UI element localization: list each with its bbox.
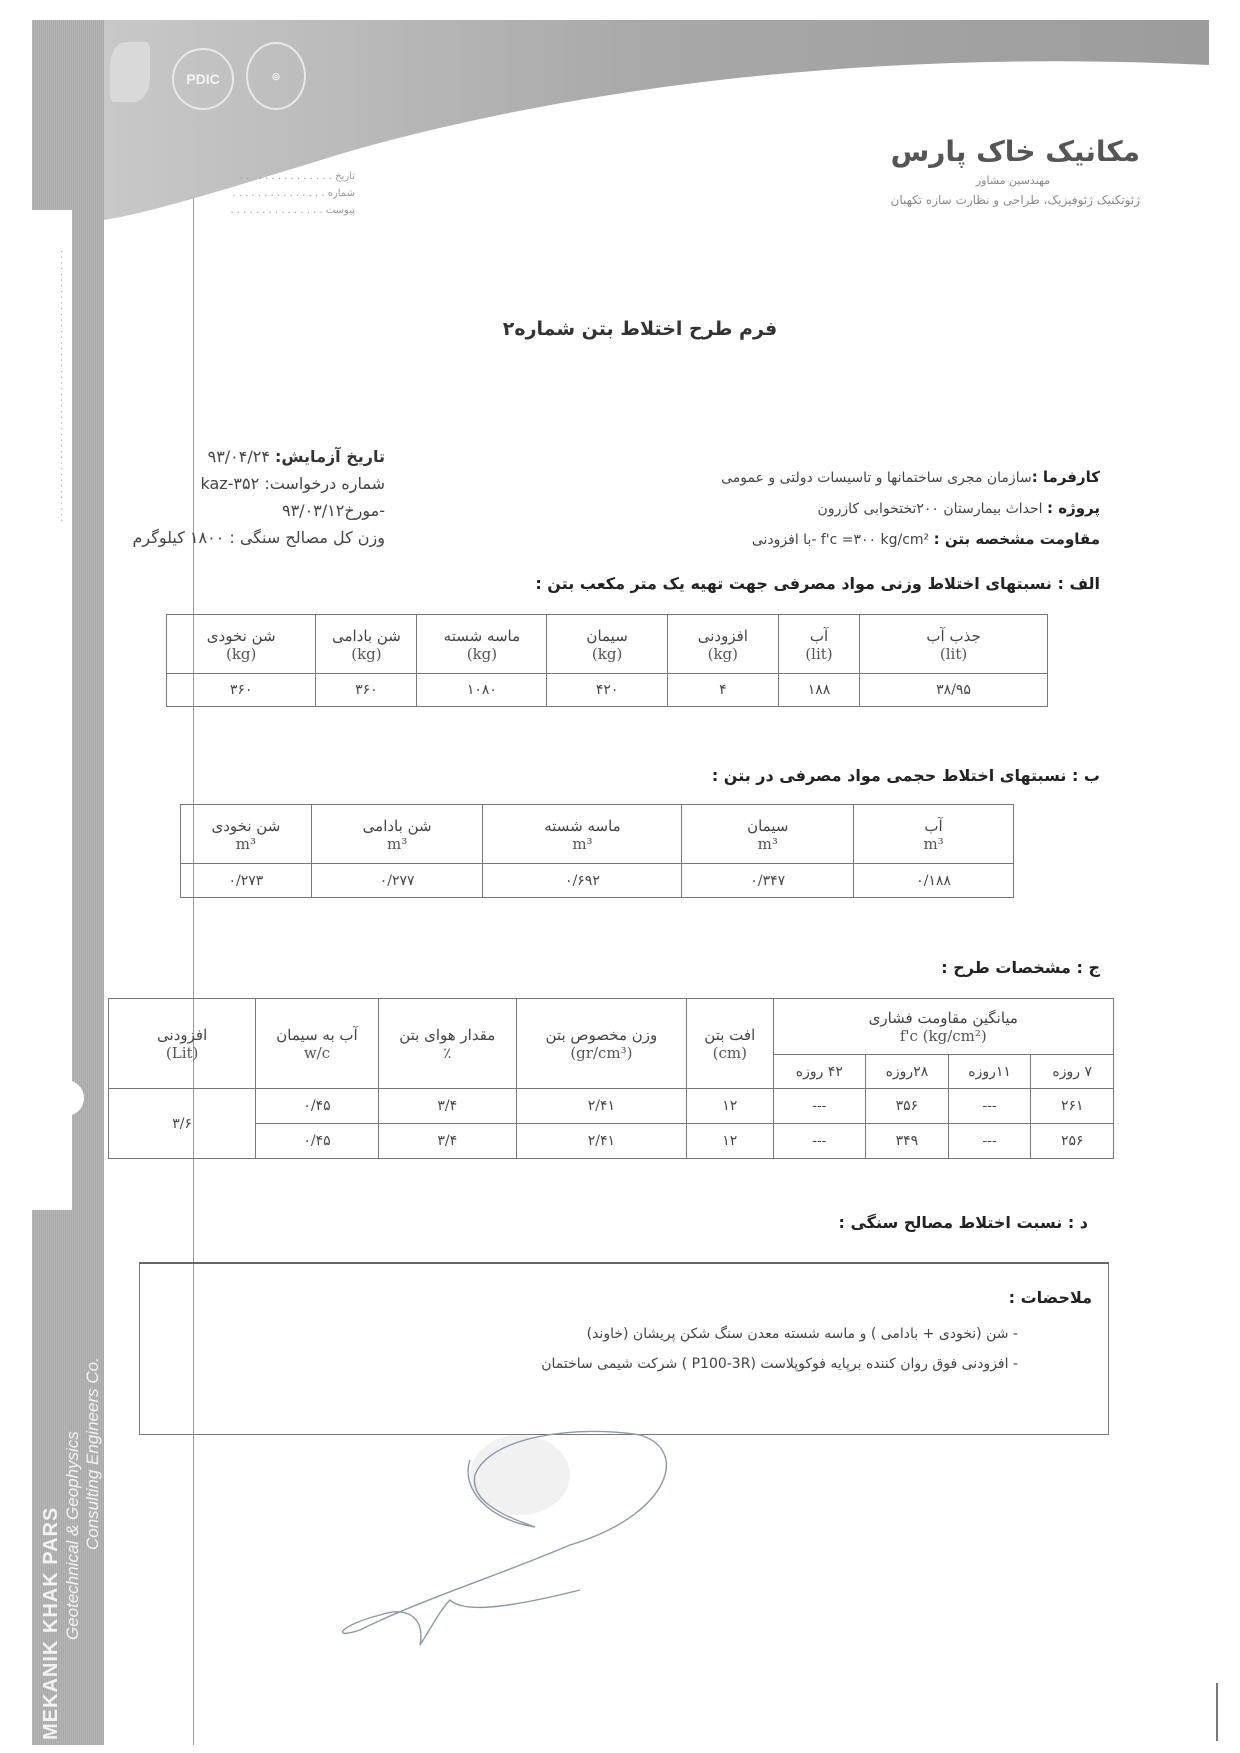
test-date-label: تاریخ آزمایش: <box>275 447 385 466</box>
section-b-heading: ب : نسبتهای اختلاط حجمی مواد مصرفی در بت… <box>712 766 1100 785</box>
cell: ۳/۴ <box>378 1124 516 1159</box>
company-logo-icon <box>110 42 150 102</box>
age-28-header: ۲۸روزه <box>866 1055 949 1089</box>
section-a-heading: الف : نسبتهای اختلاط وزنی مواد مصرفی جهت… <box>535 574 1100 593</box>
note-item: - افزودنی فوق روان کننده برپایه فوکوپلاس… <box>140 1349 1018 1379</box>
reference-fields: تاریخ . . . . . . . . . . . . . . . شمار… <box>155 168 355 219</box>
association-logo-icon: ◎ <box>246 42 306 110</box>
test-meta: تاریخ آزمایش: ۹۳/۰۴/۲۴ شماره درخواست: ka… <box>95 443 385 551</box>
cell: ۳/۴ <box>378 1089 516 1124</box>
form-title: فرم طرح اختلاط بتن شماره۲ <box>0 318 1240 340</box>
col-header: آب(lit) <box>778 615 859 674</box>
admixture-value: ۳/۶ <box>109 1089 256 1159</box>
col-header: شن بادامیm³ <box>311 805 483 864</box>
ref-number-label: شماره . . . . . . . . . . . . . . . <box>155 185 355 202</box>
col-header: سیمانm³ <box>682 805 854 864</box>
cell: ۰/۲۷۳ <box>181 864 312 898</box>
section-d-heading: د : نسبت اختلاط مصالح سنگی : <box>839 1213 1088 1232</box>
cell: ۰/۶۹۲ <box>483 864 682 898</box>
cell: ۰/۳۴۷ <box>682 864 854 898</box>
pdic-logo-icon: PDIC <box>172 48 234 110</box>
ref-date-label: تاریخ . . . . . . . . . . . . . . . <box>155 168 355 185</box>
cell: ۰/۲۷۷ <box>311 864 483 898</box>
strength-label: مقاومت مشخصه بتن : <box>934 530 1100 548</box>
strength-value: f'c =۳۰۰ kg/cm² -با افزودنی <box>752 532 929 548</box>
client-value: سازمان مجری ساختمانها و تاسیسات دولتی و … <box>721 470 1032 486</box>
col-header: آبm³ <box>854 805 1014 864</box>
cell: ۳۶۰ <box>167 674 316 707</box>
cell: ۱۲ <box>686 1124 773 1159</box>
table-header-row: آبm³ سیمانm³ ماسه شستهm³ شن بادامیm³ شن … <box>181 805 1014 864</box>
section-c-heading: ج : مشخصات طرح : <box>941 958 1100 977</box>
cell: ۴۲۰ <box>547 674 667 707</box>
punch-hole <box>48 1080 84 1116</box>
signature-icon <box>320 1415 700 1655</box>
table-row: ۲۶۱ --- ۳۵۶ --- ۱۲ ۲/۴۱ ۳/۴ ۰/۴۵ ۳/۶ <box>109 1089 1114 1124</box>
wc-ratio-header: آب به سیمانw/c <box>256 999 378 1089</box>
cell: ۲۵۶ <box>1031 1124 1114 1159</box>
project-label: پروژه : <box>1047 499 1100 517</box>
side-address-text: . . . . . . . . . . . . . . . . . . . . … <box>40 250 70 1050</box>
cell: ۱۰۸۰ <box>417 674 547 707</box>
cell: ۰/۱۸۸ <box>854 864 1014 898</box>
cell: --- <box>773 1124 865 1159</box>
cell: ۳۵۶ <box>866 1089 949 1124</box>
company-name: مکانیک خاک پارس <box>891 135 1140 168</box>
col-header: ماسه شسته(kg) <box>417 615 547 674</box>
age-7-header: ۷ روزه <box>1031 1055 1114 1089</box>
test-date-value: ۹۳/۰۴/۲۴ <box>208 447 270 466</box>
cell: ۳۸/۹۵ <box>860 674 1048 707</box>
table-row: ۳۸/۹۵ ۱۸۸ ۴ ۴۲۰ ۱۰۸۰ ۳۶۰ ۳۶۰ <box>167 674 1048 707</box>
table-header-row: جذب آب(lit) آب(lit) افزودنی(kg) سیمان(kg… <box>167 615 1048 674</box>
notes-box: ملاحضات : - شن (نخودی + بادامی ) و ماسه … <box>139 1262 1109 1435</box>
col-header: افزودنی(kg) <box>667 615 778 674</box>
col-header: شن بادامی(kg) <box>316 615 417 674</box>
cell: ۱۸۸ <box>778 674 859 707</box>
table-row: ۰/۱۸۸ ۰/۳۴۷ ۰/۶۹۲ ۰/۲۷۷ ۰/۲۷۳ <box>181 864 1014 898</box>
company-subtitle-1: مهندسین مشاور <box>891 174 1050 187</box>
col-header: جذب آب(lit) <box>860 615 1048 674</box>
band-line-2: Geotechnical & Geophysics <box>63 1357 83 1740</box>
col-header: شن نخودیm³ <box>181 805 312 864</box>
project-meta: کارفرما :سازمان مجری ساختمانها و تاسیسات… <box>540 462 1100 555</box>
cell: ۲۶۱ <box>1031 1089 1114 1124</box>
table-header-row: میانگین مقاومت فشاریf'c (kg/cm²) افت بتن… <box>109 999 1114 1055</box>
strength-group-header: میانگین مقاومت فشاریf'c (kg/cm²) <box>773 999 1113 1055</box>
ref-attachment-label: پیوست . . . . . . . . . . . . . . . <box>155 202 355 219</box>
table-row: ۲۵۶ --- ۳۴۹ --- ۱۲ ۲/۴۱ ۳/۴ ۰/۴۵ <box>109 1124 1114 1159</box>
cell: ۳۴۹ <box>866 1124 949 1159</box>
slump-header: افت بتن(cm) <box>686 999 773 1089</box>
cell: ۳۶۰ <box>316 674 417 707</box>
cell: ۴ <box>667 674 778 707</box>
volume-mix-table: آبm³ سیمانm³ ماسه شستهm³ شن بادامیm³ شن … <box>180 804 1014 898</box>
col-header: سیمان(kg) <box>547 615 667 674</box>
cell: --- <box>948 1124 1031 1159</box>
band-line-3: Consulting Engineers Co. <box>83 1357 103 1740</box>
company-subtitle-2: ژئوتکنیک ژئوفیزیک، طراحی و نظارت سازه تک… <box>891 193 1140 207</box>
project-value: احداث بیمارستان ۲۰۰تختخوابی کازرون <box>818 501 1043 517</box>
col-header: شن نخودی(kg) <box>167 615 316 674</box>
aggregate-weight-value: ۱۸۰۰ کیلوگرم <box>132 528 224 547</box>
cell: ۰/۴۵ <box>256 1124 378 1159</box>
cell: ۲/۴۱ <box>516 1124 686 1159</box>
col-header: ماسه شستهm³ <box>483 805 682 864</box>
band-line-1: MEKANIK KHAK PARS <box>40 1357 63 1740</box>
age-11-header: ۱۱روزه <box>948 1055 1031 1089</box>
cell: ۱۲ <box>686 1089 773 1124</box>
request-number-label: شماره درخواست: <box>264 474 385 493</box>
aggregate-weight-label: وزن کل مصالح سنگی : <box>229 528 385 547</box>
density-header: وزن مخصوص بتن(gr/cm³) <box>516 999 686 1089</box>
weight-mix-table: جذب آب(lit) آب(lit) افزودنی(kg) سیمان(kg… <box>166 614 1048 707</box>
air-content-header: مقدار هوای بتن٪ <box>378 999 516 1089</box>
cell: --- <box>773 1089 865 1124</box>
cell: --- <box>948 1089 1031 1124</box>
company-block: مکانیک خاک پارس مهندسین مشاور ژئوتکنیک ژ… <box>891 135 1140 207</box>
notes-title: ملاحضات : <box>140 1288 1092 1307</box>
margin-mark <box>1216 1683 1218 1741</box>
client-label: کارفرما : <box>1032 468 1100 486</box>
company-english-name: MEKANIK KHAK PARS Geotechnical & Geophys… <box>40 1357 103 1740</box>
cell: ۲/۴۱ <box>516 1089 686 1124</box>
note-item: - شن (نخودی + بادامی ) و ماسه شسته معدن … <box>140 1319 1018 1349</box>
design-specs-table: میانگین مقاومت فشاریf'c (kg/cm²) افت بتن… <box>108 998 1114 1159</box>
cell: ۰/۴۵ <box>256 1089 378 1124</box>
admixture-header: افزودنی(Lit) <box>109 999 256 1089</box>
age-42-header: ۴۲ روزه <box>773 1055 865 1089</box>
